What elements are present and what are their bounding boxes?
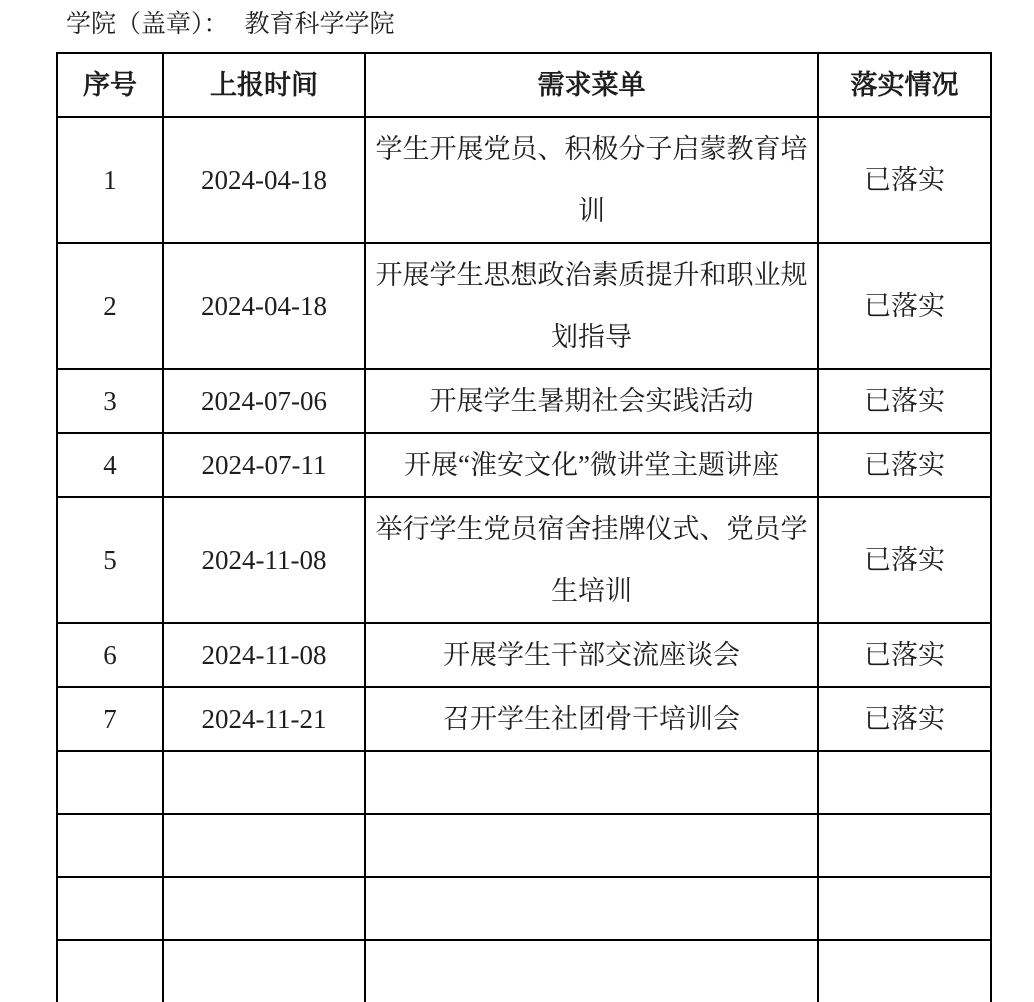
cell-serial-number: 2 <box>57 243 163 369</box>
cell-serial-number: 5 <box>57 497 163 623</box>
cell-implementation-status: 已落实 <box>818 687 991 751</box>
empty-table-row <box>57 814 991 877</box>
empty-cell <box>57 751 163 814</box>
empty-cell <box>818 814 991 877</box>
empty-cell <box>818 940 991 1002</box>
empty-cell <box>163 877 365 940</box>
cell-demand-menu: 学生开展党员、积极分子启蒙教育培训 <box>365 117 818 243</box>
empty-cell <box>365 814 818 877</box>
cell-serial-number: 6 <box>57 623 163 687</box>
empty-cell <box>57 814 163 877</box>
table-header-row: 序号 上报时间 需求菜单 落实情况 <box>57 53 991 117</box>
empty-table-row <box>57 877 991 940</box>
cell-report-date: 2024-11-08 <box>163 623 365 687</box>
cell-implementation-status: 已落实 <box>818 243 991 369</box>
table-row: 3 2024-07-06 开展学生暑期社会实践活动 已落实 <box>57 369 991 433</box>
cell-serial-number: 1 <box>57 117 163 243</box>
column-header-report-time: 上报时间 <box>163 53 365 117</box>
empty-cell <box>57 877 163 940</box>
table-row: 4 2024-07-11 开展“淮安文化”微讲堂主题讲座 已落实 <box>57 433 991 497</box>
cell-implementation-status: 已落实 <box>818 497 991 623</box>
column-header-implementation-status: 落实情况 <box>818 53 991 117</box>
cell-serial-number: 3 <box>57 369 163 433</box>
table-row: 1 2024-04-18 学生开展党员、积极分子启蒙教育培训 已落实 <box>57 117 991 243</box>
college-seal-label: 学院（盖章）： <box>66 11 229 38</box>
cell-report-date: 2024-11-21 <box>163 687 365 751</box>
cell-implementation-status: 已落实 <box>818 369 991 433</box>
table-row: 7 2024-11-21 召开学生社团骨干培训会 已落实 <box>57 687 991 751</box>
cell-report-date: 2024-11-08 <box>163 497 365 623</box>
college-name: 教育科学学院 <box>245 11 395 38</box>
empty-cell <box>57 940 163 1002</box>
empty-cell <box>818 751 991 814</box>
cell-serial-number: 4 <box>57 433 163 497</box>
cell-implementation-status: 已落实 <box>818 117 991 243</box>
cell-demand-menu: 举行学生党员宿舍挂牌仪式、党员学生培训 <box>365 497 818 623</box>
table-row: 5 2024-11-08 举行学生党员宿舍挂牌仪式、党员学生培训 已落实 <box>57 497 991 623</box>
cell-demand-menu: 开展学生暑期社会实践活动 <box>365 369 818 433</box>
empty-cell <box>818 877 991 940</box>
demand-table: 序号 上报时间 需求菜单 落实情况 1 2024-04-18 学生开展党员、积极… <box>56 52 992 1002</box>
empty-cell <box>365 751 818 814</box>
empty-table-row <box>57 751 991 814</box>
cell-report-date: 2024-04-18 <box>163 243 365 369</box>
table-row: 2 2024-04-18 开展学生思想政治素质提升和职业规划指导 已落实 <box>57 243 991 369</box>
column-header-serial-number: 序号 <box>57 53 163 117</box>
document-page: 学院（盖章）：教育科学学院 序号 上报时间 需求菜单 落实情况 1 2024-0… <box>0 0 1034 1002</box>
document-title-line: 学院（盖章）：教育科学学院 <box>66 8 1034 42</box>
empty-table-row <box>57 940 991 1002</box>
table-row: 6 2024-11-08 开展学生干部交流座谈会 已落实 <box>57 623 991 687</box>
empty-cell <box>365 940 818 1002</box>
table-body: 1 2024-04-18 学生开展党员、积极分子启蒙教育培训 已落实 2 202… <box>57 117 991 1002</box>
cell-implementation-status: 已落实 <box>818 433 991 497</box>
cell-report-date: 2024-04-18 <box>163 117 365 243</box>
cell-demand-menu: 召开学生社团骨干培训会 <box>365 687 818 751</box>
empty-cell <box>163 814 365 877</box>
column-header-demand-menu: 需求菜单 <box>365 53 818 117</box>
cell-report-date: 2024-07-06 <box>163 369 365 433</box>
cell-demand-menu: 开展学生思想政治素质提升和职业规划指导 <box>365 243 818 369</box>
cell-report-date: 2024-07-11 <box>163 433 365 497</box>
cell-serial-number: 7 <box>57 687 163 751</box>
empty-cell <box>365 877 818 940</box>
cell-demand-menu: 开展学生干部交流座谈会 <box>365 623 818 687</box>
cell-implementation-status: 已落实 <box>818 623 991 687</box>
cell-demand-menu: 开展“淮安文化”微讲堂主题讲座 <box>365 433 818 497</box>
empty-cell <box>163 751 365 814</box>
empty-cell <box>163 940 365 1002</box>
